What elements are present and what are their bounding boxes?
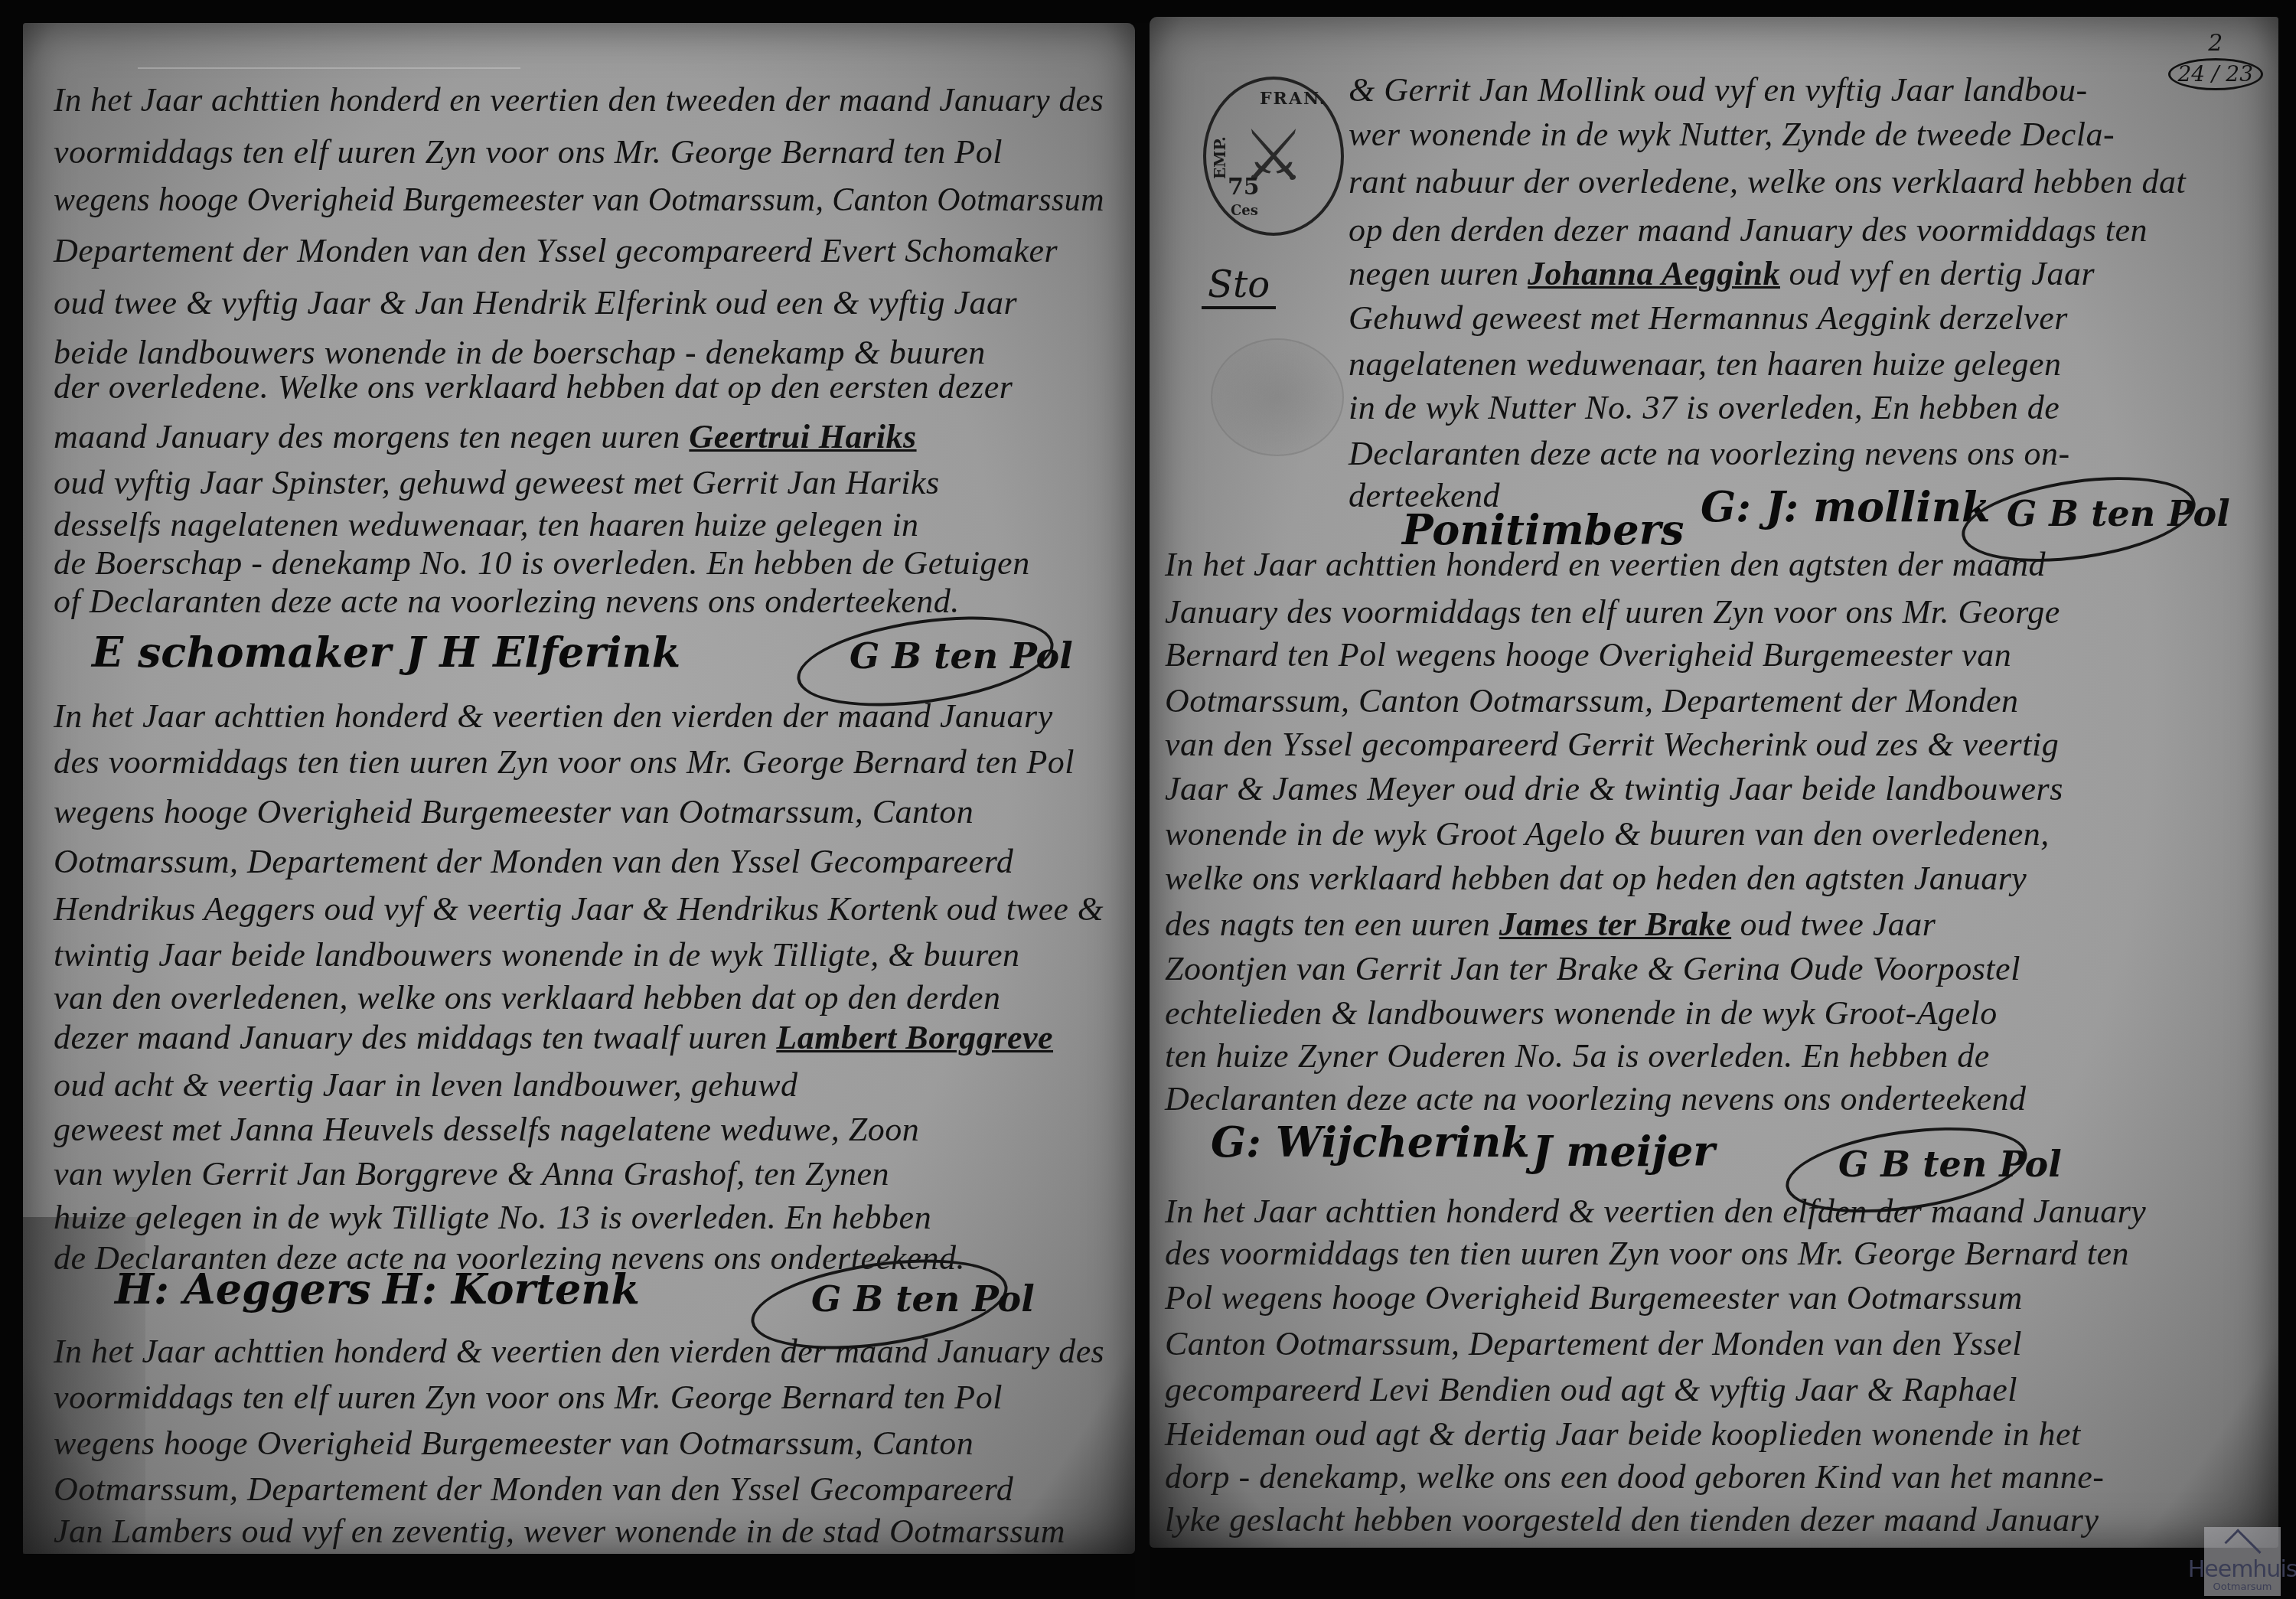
text-line: geweest met Janna Heuvels desselfs nagel… [54, 1110, 919, 1149]
stamp-unit: Ces [1231, 203, 1258, 219]
text-line: de Boerschap - denekamp No. 10 is overle… [54, 543, 1030, 582]
mayor-signature: G B ten Pol [850, 635, 1073, 677]
text-line: in de wyk Nutter No. 37 is overleden, En… [1349, 388, 2060, 427]
text-line: wegens hooge Overigheid Burgemeester van… [54, 1424, 974, 1463]
text-line: lyke geslacht hebben voorgesteld den tie… [1165, 1500, 2099, 1539]
text-segment: dezer maand January des middags ten twaa… [54, 1019, 768, 1056]
text-line: gecompareerd Levi Bendien oud agt & vyft… [1165, 1370, 2017, 1409]
text-line: January des voormiddags ten elf uuren Zy… [1165, 592, 2060, 631]
deceased-name: Geertrui Hariks [689, 418, 916, 455]
folio-circle: 24 / 23 [2168, 58, 2264, 90]
deceased-name: Johanna Aeggink [1528, 255, 1780, 292]
text-line: Declaranten deze acte na voorlezing neve… [1349, 434, 2070, 473]
text-segment: oud vyf en dertig Jaar [1789, 255, 2095, 292]
text-line: wegens hooge Overigheid Burgemeester van… [54, 180, 1104, 219]
text-line: der overledene. Welke ons verklaard hebb… [54, 367, 1013, 406]
scan-line [138, 67, 520, 69]
witness-signature: J meijer [1532, 1127, 1715, 1176]
text-line: twintig Jaar beide landbouwers wonende i… [54, 935, 1020, 974]
text-line: In het Jaar achttien honderd en veertien… [54, 80, 1104, 119]
witness-signature: H: Kortenk [383, 1265, 640, 1313]
text-line: desselfs nagelatenen weduwenaar, ten haa… [54, 505, 919, 544]
text-line: Departement der Monden van den Yssel gec… [54, 231, 1058, 270]
deceased-name: James ter Brake [1499, 906, 1731, 943]
page-number: 2 [2168, 32, 2264, 55]
text-line: ten huize Zyner Ouderen No. 5a is overle… [1165, 1036, 1990, 1075]
witness-signature: H: Aeggers [115, 1265, 371, 1313]
text-line: oud acht & veertig Jaar in leven landbou… [54, 1065, 798, 1105]
mayor-signature: G B ten Pol [1838, 1144, 2062, 1185]
text-line: des voormiddags ten tien uuren Zyn voor … [1165, 1234, 2129, 1273]
text-line: In het Jaar achttien honderd & veertien … [54, 697, 1053, 736]
text-segment: maand January des morgens ten negen uure… [54, 418, 680, 455]
stamp-top-text: FRAN. [1260, 89, 1326, 109]
text-line: Jan Lambers oud vyf en zeventig, wever w… [54, 1512, 1065, 1551]
text-line: huize gelegen in de wyk Tilligte No. 13 … [54, 1198, 931, 1237]
text-line: van den overledenen, welke ons verklaard… [54, 978, 1001, 1017]
text-line: In het Jaar achttien honderd & veertien … [1165, 1192, 2146, 1231]
witness-signature: E schomaker [92, 628, 391, 677]
witness-signature: G: Wijcherink [1211, 1118, 1530, 1167]
text-line: voormiddags ten elf uuren Zyn voor ons M… [54, 132, 1003, 171]
text-line: of Declaranten deze acte na voorlezing n… [54, 582, 960, 621]
text-line: maand January des morgens ten negen uure… [54, 417, 917, 456]
text-line: voormiddags ten elf uuren Zyn voor ons M… [54, 1378, 1003, 1417]
watermark-place: Ootmarsum [2213, 1581, 2272, 1593]
text-line: Hendrikus Aeggers oud vyf & veertig Jaar… [54, 889, 1104, 928]
text-line: welke ons verklaard hebben dat op heden … [1165, 859, 2027, 898]
text-line: Canton Ootmarssum, Departement der Monde… [1165, 1324, 2022, 1363]
text-line: Ootmarssum, Departement der Monden van d… [54, 1470, 1013, 1509]
text-line: Zoontjen van Gerrit Jan ter Brake & Geri… [1165, 949, 2020, 988]
margin-note: Sto [1202, 263, 1276, 309]
text-line: Pol wegens hooge Overigheid Burgemeester… [1165, 1278, 2023, 1317]
book-gutter [1135, 23, 1150, 1599]
text-line: Jaar & James Meyer oud drie & twintig Ja… [1165, 769, 2063, 808]
stamp-value: 75 [1228, 174, 1260, 201]
text-line: In het Jaar achttien honderd en veertien… [1165, 545, 2046, 584]
deceased-name: Lambert Borggreve [776, 1019, 1053, 1056]
watermark-brand: Heemhuis [2188, 1558, 2296, 1581]
text-line: wer wonende in de wyk Nutter, Zynde de t… [1349, 115, 2115, 154]
text-line: van den Yssel gecompareerd Gerrit Wecher… [1165, 725, 2059, 764]
text-line: negen uuren Johanna Aeggink oud vyf en d… [1349, 254, 2095, 293]
text-line: op den derden dezer maand January des vo… [1349, 210, 2148, 250]
text-line: Declaranten deze acte na voorlezing neve… [1165, 1079, 2026, 1118]
text-line: Heideman oud agt & dertig Jaar beide koo… [1165, 1415, 2081, 1454]
stamp-side-text: EMP. [1211, 136, 1229, 179]
witness-signature: J H Elferink [406, 628, 680, 677]
text-line: dorp - denekamp, welke ons een dood gebo… [1165, 1457, 2104, 1496]
text-line: echtelieden & landbouwers wonende in de … [1165, 994, 1998, 1033]
left-page: In het Jaar achttien honderd en veertien… [23, 23, 1135, 1554]
text-segment: negen uuren [1349, 255, 1519, 292]
text-line: oud vyftig Jaar Spinster, gehuwd geweest… [54, 463, 940, 502]
text-line: Ootmarssum, Canton Ootmarssum, Departeme… [1165, 681, 2018, 720]
text-line: wegens hooge Overigheid Burgemeester van… [54, 792, 974, 831]
heemhuis-watermark: Heemhuis Ootmarsum [2204, 1527, 2281, 1596]
text-line: van wylen Gerrit Jan Borggreve & Anna Gr… [54, 1154, 889, 1193]
witness-signature: G: J: mollink [1701, 482, 1990, 531]
mayor-signature: G B ten Pol [2007, 493, 2230, 534]
text-line: beide landbouwers wonende in de boerscha… [54, 333, 986, 372]
text-line: Ootmarssum, Departement der Monden van d… [54, 842, 1013, 881]
text-line: oud twee & vyftig Jaar & Jan Hendrik Elf… [54, 283, 1017, 322]
text-segment: des nagts ten een uuren [1165, 906, 1490, 943]
text-line: des voormiddags ten tien uuren Zyn voor … [54, 742, 1075, 782]
text-line: In het Jaar achttien honderd & veertien … [54, 1332, 1104, 1371]
text-line: Bernard ten Pol wegens hooge Overigheid … [1165, 635, 2011, 674]
text-line: & Gerrit Jan Mollink oud vyf en vyftig J… [1349, 70, 2088, 109]
folio-number: 2 24 / 23 [2168, 32, 2264, 90]
text-line: rant nabuur der overledene, welke ons ve… [1349, 162, 2186, 201]
text-line: dezer maand January des middags ten twaa… [54, 1018, 1053, 1057]
tax-stamp: FRAN. EMP. ⚔ 75 Ces [1203, 77, 1344, 236]
text-line: des nagts ten een uuren James ter Brake … [1165, 905, 1936, 944]
right-page: 2 24 / 23 FRAN. EMP. ⚔ 75 Ces Sto & Gerr… [1150, 17, 2278, 1548]
mayor-signature: G B ten Pol [811, 1278, 1035, 1320]
faded-seal [1211, 338, 1344, 456]
text-line: nagelatenen weduwenaar, ten haaren huize… [1349, 344, 2062, 383]
text-segment: oud twee Jaar [1740, 906, 1936, 943]
text-line: Gehuwd geweest met Hermannus Aeggink der… [1349, 299, 2068, 338]
text-line: wonende in de wyk Groot Agelo & buuren v… [1165, 814, 2050, 853]
